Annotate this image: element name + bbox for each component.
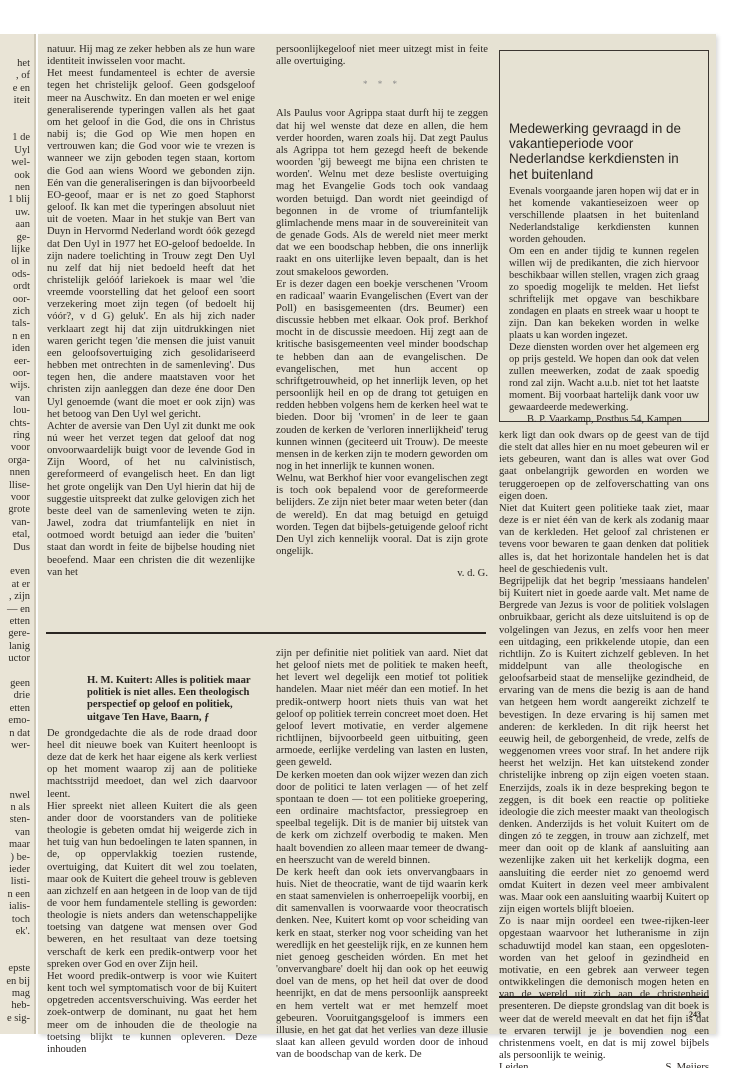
previous-page-fragment: oor- — [13, 294, 30, 306]
previous-page-fragment: zich — [13, 306, 31, 318]
previous-page-fragment: nnen — [10, 467, 30, 479]
previous-page-fragment: orga- — [8, 455, 30, 467]
paragraph: Evenals voorgaande jaren hopen wij dat e… — [509, 186, 699, 246]
previous-page-fragment: e sig- — [7, 1013, 30, 1025]
paragraph: De grondgedachte die als de rode draad d… — [47, 728, 257, 801]
article-column-1: natuur. Hij mag ze zeker hebben als ze h… — [47, 44, 255, 579]
paragraph: Achter de aversie van Den Uyl zit dunkt … — [47, 421, 255, 579]
previous-page-fragment: aan — [15, 219, 30, 231]
previous-page-fragment: chts- — [10, 418, 30, 430]
previous-page-fragment: sten- — [10, 814, 30, 826]
announcement-box: Medewerking gevraagd in de vakantieperio… — [499, 50, 709, 422]
previous-page-fragment: ge- — [17, 232, 30, 244]
paragraph: Zo is naar mijn oordeel een twee-rijken-… — [499, 916, 709, 1062]
paragraph: Het woord predik-ontwerp is voor wie Kui… — [47, 971, 257, 1056]
previous-page-fragment: listi- — [11, 876, 30, 888]
previous-page-fragment: ordt — [13, 281, 30, 293]
review-column-2: zijn per definitie niet politiek van aar… — [276, 648, 488, 1061]
previous-page-fragment: emo- — [8, 715, 30, 727]
article-column-2: persoonlijkegeloof niet meer uitzegt mis… — [276, 44, 488, 580]
previous-page-fragment: 1 blij — [8, 194, 30, 206]
paragraph: Begrijpelijk dat het begrip 'messiaans h… — [499, 576, 709, 916]
paragraph: Er is dezer dagen een boekje verschenen … — [276, 279, 488, 474]
previous-page-fragment: wel- — [11, 157, 30, 169]
review-column-3: kerk ligt dan ook dwars op de geest van … — [499, 430, 709, 1068]
previous-page-fragment: gere- — [8, 628, 30, 640]
paragraph: persoonlijkegeloof niet meer uitzegt mis… — [276, 44, 488, 68]
paragraph: kerk ligt dan ook dwars op de geest van … — [499, 430, 709, 503]
page-number: 243 — [689, 1010, 701, 1019]
section-separator: * * * — [276, 78, 488, 90]
previous-page-fragment: n en — [12, 331, 30, 343]
previous-page-fragment: n als — [10, 802, 30, 814]
previous-page-fragment: maar — [9, 839, 30, 851]
previous-page-fragment: van — [15, 827, 30, 839]
previous-page-fragment: grote — [8, 504, 30, 516]
paragraph: Het meest fundamenteel is echter de aver… — [47, 68, 255, 421]
previous-page-fragment: ieder — [9, 864, 30, 876]
previous-page-fragment: , zijn — [9, 591, 30, 603]
previous-page-fragment: nwel — [10, 790, 30, 802]
previous-page-fragment: — en — [7, 604, 30, 616]
paragraph: Niet dat Kuitert geen politieke taak zie… — [499, 503, 709, 576]
previous-page-fragment: ook — [14, 170, 30, 182]
previous-page-fragment: uw. — [15, 207, 30, 219]
previous-page-fragment: etten — [10, 703, 30, 715]
previous-page-fragment: ods- — [12, 269, 30, 281]
previous-page-fragment: at er — [12, 579, 30, 591]
previous-page-fragment: uctor — [8, 653, 30, 665]
previous-page-fragment: voor — [11, 442, 30, 454]
magazine-page: natuur. Hij mag ze zeker hebben als ze h… — [38, 34, 716, 1034]
previous-page-fragment: etal, — [12, 529, 30, 541]
previous-page-fragment: toch — [12, 914, 30, 926]
previous-page-fragment: van — [15, 393, 30, 405]
paragraph: natuur. Hij mag ze zeker hebben als ze h… — [47, 44, 255, 68]
review-author: S. Meijers — [665, 1062, 709, 1068]
section-divider — [46, 632, 486, 634]
previous-page-fragment: ol in — [11, 256, 30, 268]
previous-page-fragment: voor — [11, 492, 30, 504]
previous-page-fragment: wijs. — [10, 380, 30, 392]
previous-page-fragment: wer- — [11, 740, 30, 752]
paragraph: Hier spreekt niet alleen Kuitert die als… — [47, 801, 257, 971]
previous-page-fragment: , of — [16, 70, 30, 82]
previous-page-fragment: ) be- — [10, 852, 30, 864]
previous-page-fragment: heb- — [11, 1000, 30, 1012]
previous-page-fragment: nen — [15, 182, 30, 194]
paragraph: Om een en ander tijdig te kunnen regelen… — [509, 246, 699, 342]
announcement-signature: B. P. Vaarkamp, Postbus 54, Kampen — [509, 414, 699, 426]
previous-page-fragment: llise- — [9, 480, 30, 492]
announcement-title: Medewerking gevraagd in de vakantieperio… — [509, 121, 699, 182]
previous-page-fragment: even — [10, 566, 30, 578]
previous-page-fragment: lijke — [11, 244, 30, 256]
previous-page-fragment: ek'. — [16, 926, 30, 938]
previous-page-fragment: oor- — [13, 368, 30, 380]
previous-page-fragment: n een — [8, 889, 30, 901]
paragraph: Welnu, wat Berkhof hier voor evangelisch… — [276, 473, 488, 558]
previous-page-fragment: e en — [13, 83, 30, 95]
previous-page-fragment: Dus — [13, 542, 30, 554]
previous-page-fragment: n dat — [9, 728, 30, 740]
previous-page-fragment: iden — [12, 343, 30, 355]
previous-page-fragment: ring — [13, 430, 30, 442]
paragraph: zijn per definitie niet politiek van aar… — [276, 648, 488, 770]
previous-page-fragment: het — [17, 58, 30, 70]
previous-page-fragment: Uyl — [14, 145, 30, 157]
previous-page-fragment: etten — [10, 616, 30, 628]
section-divider — [499, 996, 709, 998]
previous-page-fragment: iteit — [14, 95, 30, 107]
review-heading: H. M. Kuitert: Alles is politiek maar po… — [87, 675, 257, 724]
paragraph: De kerken moeten dan ook wijzer wezen da… — [276, 770, 488, 867]
previous-page-fragment: lanig — [9, 641, 30, 653]
previous-page-fragment: mag — [12, 988, 30, 1000]
review-column-1: H. M. Kuitert: Alles is politiek maar po… — [47, 675, 257, 1056]
paragraph: Deze diensten worden over het algemeen e… — [509, 342, 699, 414]
previous-page-fragment: ialis- — [9, 901, 30, 913]
review-place: Leiden — [499, 1062, 528, 1068]
previous-page-edge: het, ofe eniteit1 deUylwel-ooknen1 bliju… — [0, 34, 36, 1034]
article-signature: v. d. G. — [276, 568, 488, 580]
previous-page-fragment: lou- — [13, 405, 30, 417]
previous-page-fragment: eer- — [14, 356, 30, 368]
previous-page-fragment: van- — [11, 517, 30, 529]
previous-page-fragment: epste — [8, 963, 30, 975]
previous-page-fragment: en bij — [6, 976, 30, 988]
paragraph: Als Paulus voor Agrippa staat durft hij … — [276, 108, 488, 278]
previous-page-fragment: geen — [10, 678, 30, 690]
previous-page-fragment: tals- — [12, 318, 30, 330]
previous-page-fragment: drie — [14, 690, 30, 702]
paragraph: De kerk heeft dan ook iets onvervangbaar… — [276, 867, 488, 1062]
previous-page-fragment: 1 de — [12, 132, 30, 144]
